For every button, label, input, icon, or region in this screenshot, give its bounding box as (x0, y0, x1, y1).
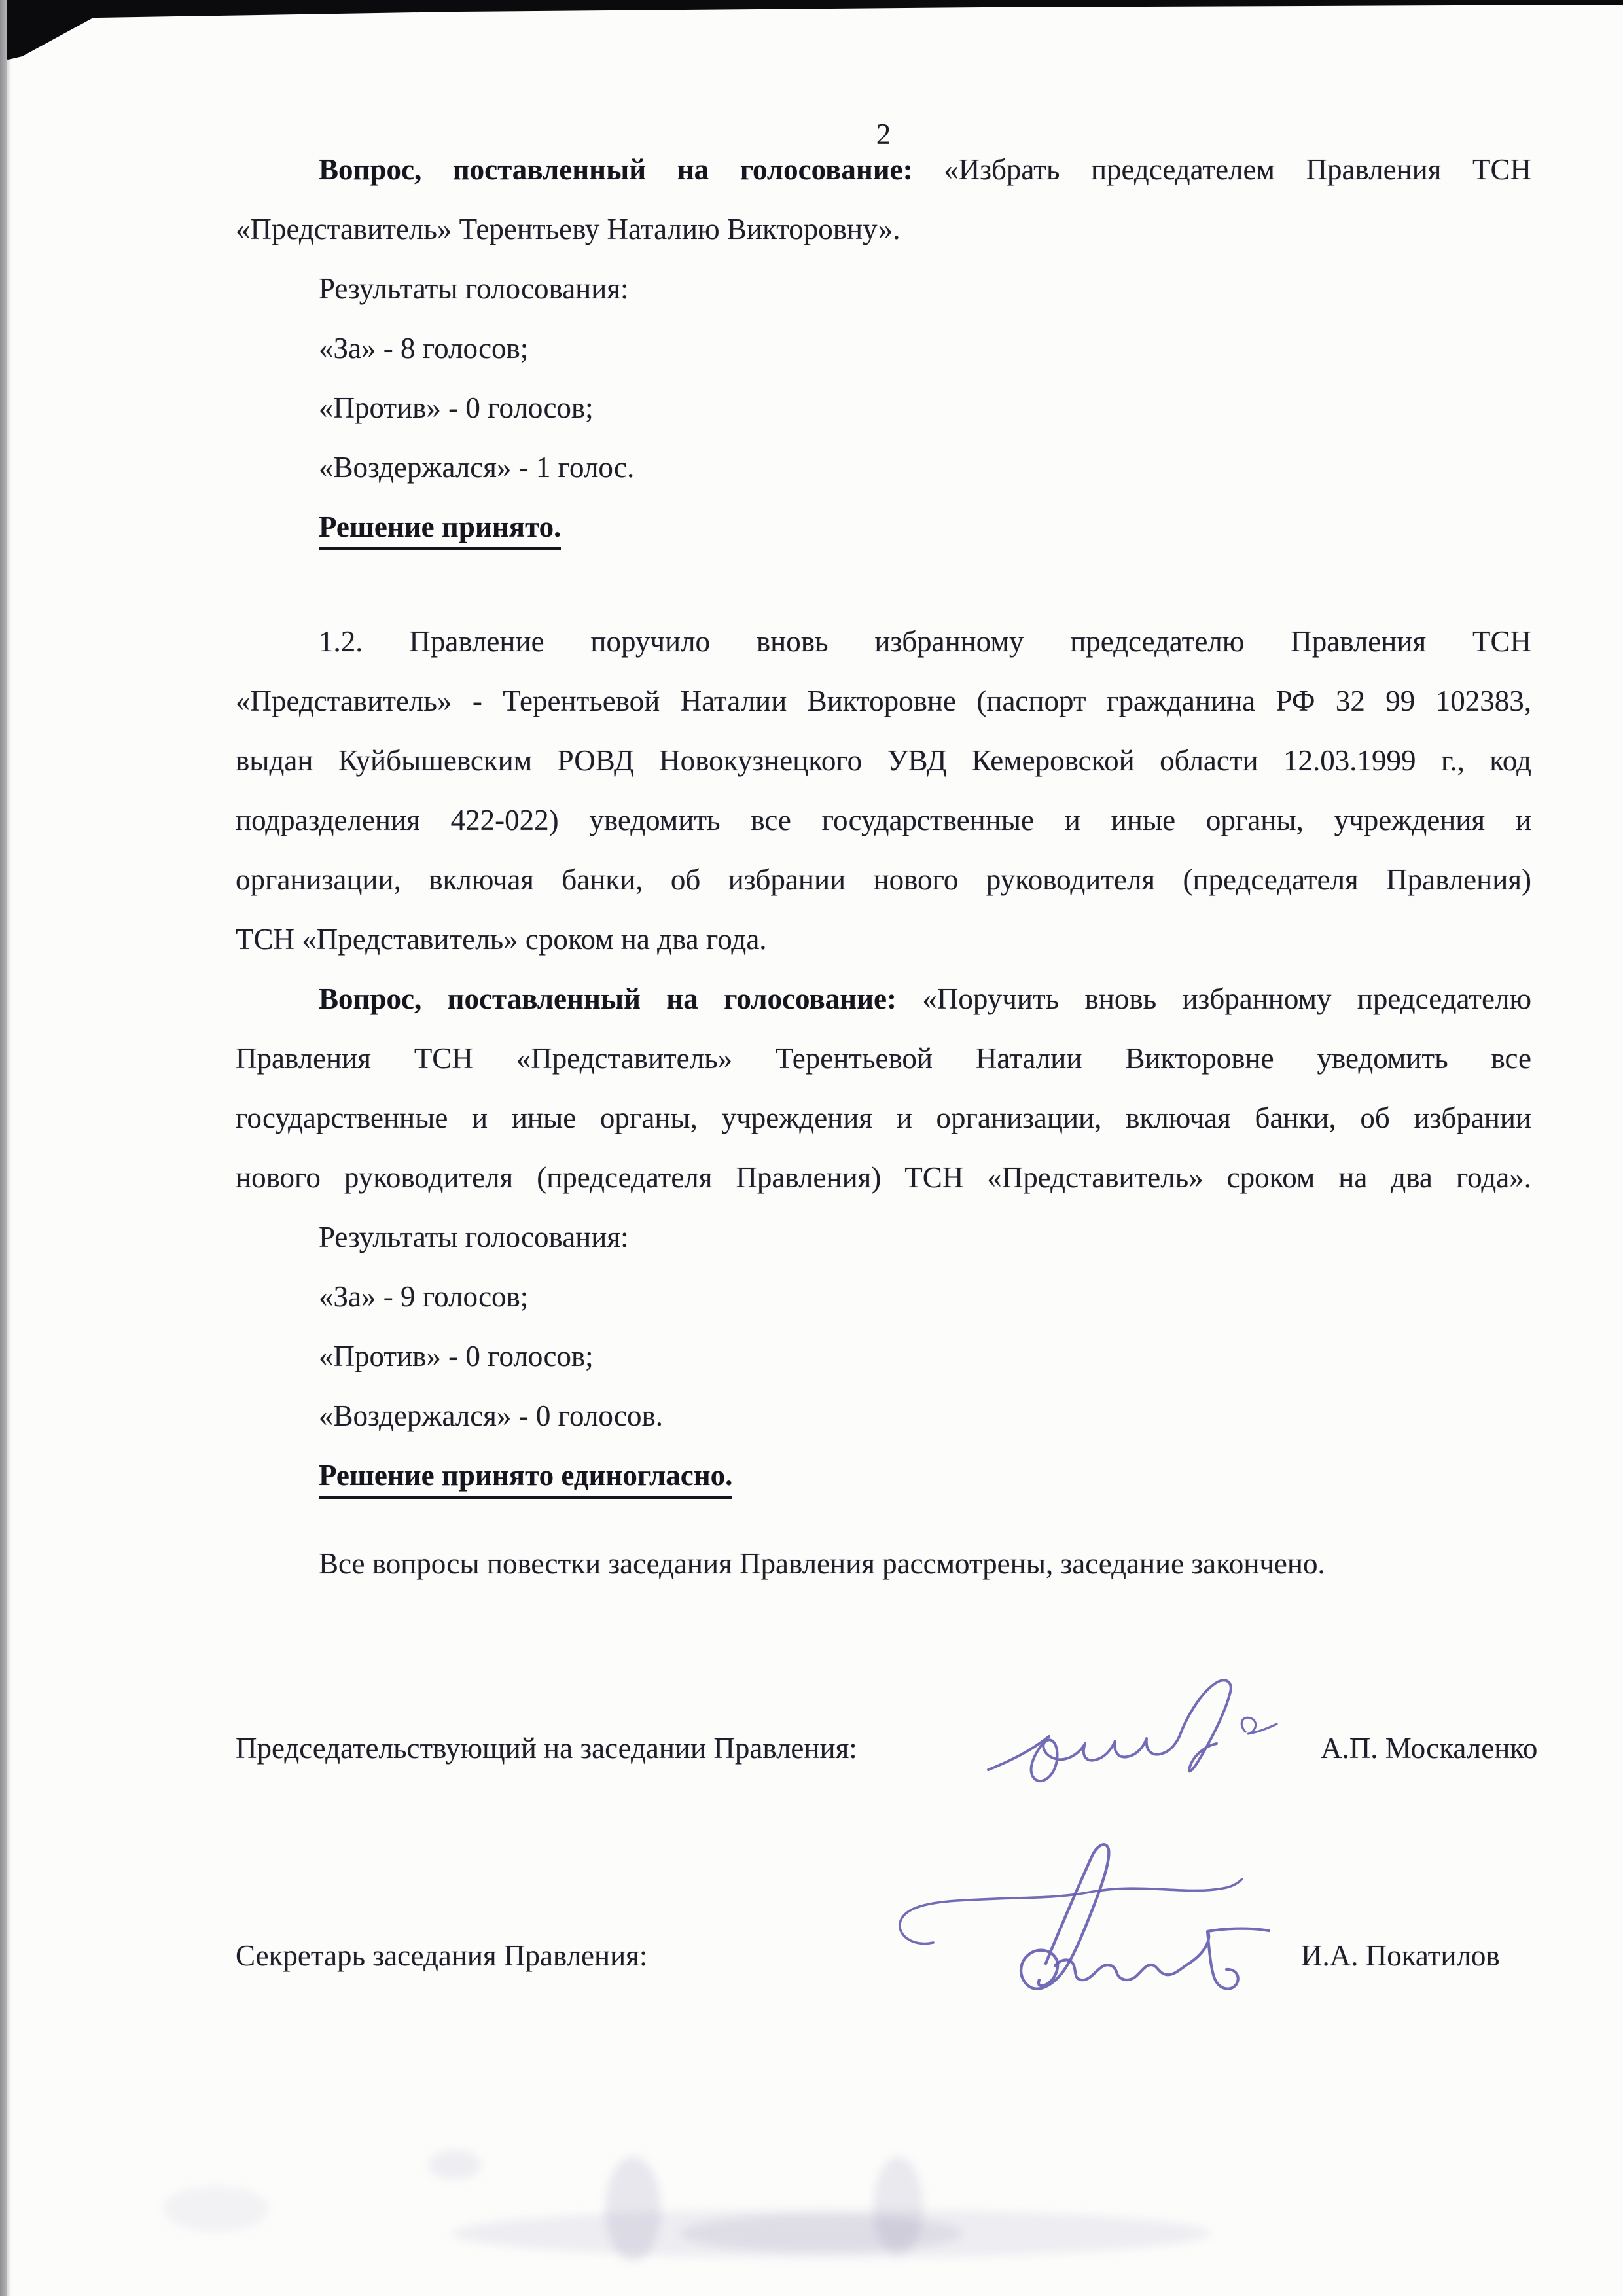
scanned-document-page: 2 Вопрос, поставленный на голосование: «… (0, 0, 1623, 2296)
question1-bold-prefix: Вопрос, поставленный на голосование: (319, 153, 913, 186)
question1-line2: «Представитель» Терентьеву Наталию Викто… (236, 200, 1531, 259)
scan-edge-left-shadow (7, 59, 11, 2296)
scan-edge-top (0, 0, 1623, 21)
chair-signature (985, 1674, 1279, 1801)
decision-2-line: Решение принято единогласно. (236, 1446, 1531, 1505)
para12-line1: 1.2. Правление поручило вновь избранному… (236, 612, 1531, 672)
closing-statement: Все вопросы повестки заседания Правления… (236, 1534, 1531, 1594)
closing-block: Все вопросы повестки заседания Правления… (236, 1534, 1531, 1594)
vote1-za: «За» - 8 голосов; (236, 319, 1531, 378)
para12-line6: ТСН «Представитель» сроком на два года. (236, 910, 1531, 969)
para12-line4: подразделения 422-022) уведомить все гос… (236, 791, 1531, 850)
decision-1: Решение принято. (319, 511, 561, 550)
scan-edge-left (0, 0, 7, 2296)
question2-line4: нового руководителя (председателя Правле… (236, 1148, 1531, 1208)
secretary-name: И.А. Покатилов (1301, 1936, 1500, 1975)
voting-block-2: 1.2. Правление поручило вновь избранному… (236, 612, 1531, 1505)
scan-smudge (429, 2150, 481, 2179)
decision-2: Решение принято единогласно. (319, 1459, 732, 1499)
chair-role-label: Председательствующий на заседании Правле… (236, 1729, 857, 1768)
vote1-vozderzhalsya: «Воздержался» - 1 голос. (236, 438, 1531, 497)
voting-block-1: Вопрос, поставленный на голосование: «Из… (236, 140, 1531, 557)
secretary-signature (891, 1835, 1277, 2015)
vote1-header: Результаты голосования: (236, 259, 1531, 319)
secretary-role-label: Секретарь заседания Правления: (236, 1936, 647, 1975)
decision-1-line: Решение принято. (236, 497, 1531, 557)
para12-line2: «Представитель» - Терентьевой Наталии Ви… (236, 672, 1531, 731)
vote2-za: «За» - 9 голосов; (236, 1267, 1531, 1327)
para12-line5: организации, включая банки, об избрании … (236, 850, 1531, 910)
vote1-protiv: «Против» - 0 голосов; (236, 378, 1531, 438)
vote2-header: Результаты голосования: (236, 1208, 1531, 1267)
question2-line3: государственные и иные органы, учреждени… (236, 1088, 1531, 1148)
scan-smudge (681, 2215, 962, 2251)
vote2-vozderzhalsya: «Воздержался» - 0 голосов. (236, 1386, 1531, 1446)
question2-line2: Правления ТСН «Представитель» Терентьево… (236, 1029, 1531, 1088)
vote2-protiv: «Против» - 0 голосов; (236, 1327, 1531, 1386)
question2-line1-rest: «Поручить вновь избранному председателю (897, 982, 1531, 1015)
question1-line1: Вопрос, поставленный на голосование: «Из… (236, 140, 1531, 200)
para12-line3: выдан Куйбышевским РОВД Новокузнецкого У… (236, 731, 1531, 791)
scan-smudge (164, 2186, 268, 2232)
question1-line1-rest: «Избрать председателем Правления ТСН (913, 153, 1531, 186)
chair-name: А.П. Москаленко (1321, 1729, 1537, 1768)
question2-bold-prefix: Вопрос, поставленный на голосование: (319, 982, 897, 1015)
scan-edge-corner (0, 0, 98, 63)
question2-line1: Вопрос, поставленный на голосование: «По… (236, 969, 1531, 1029)
